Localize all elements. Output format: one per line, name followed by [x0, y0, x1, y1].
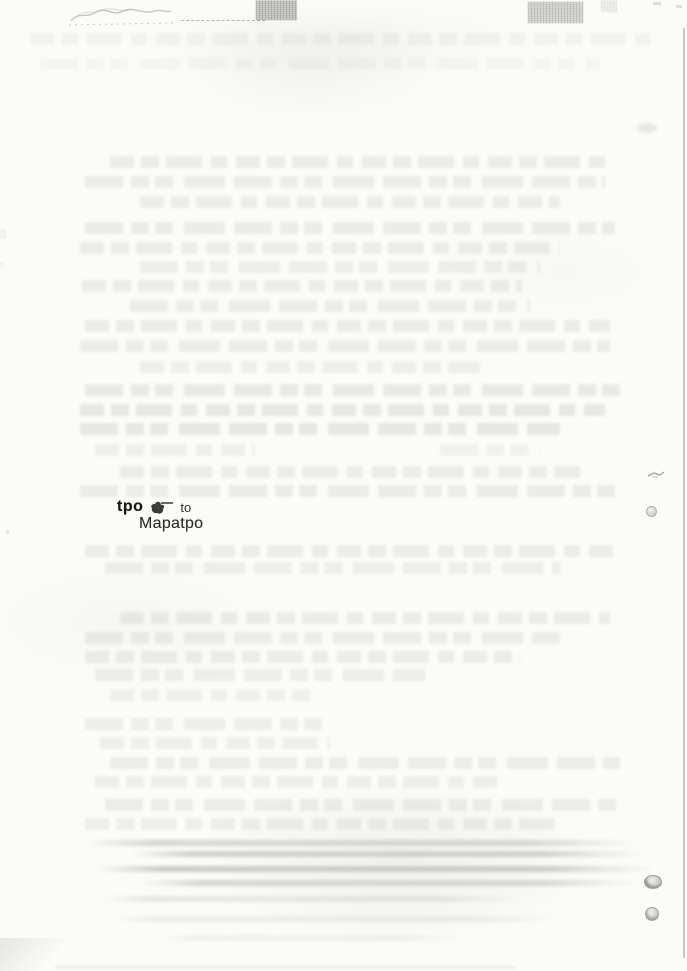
faded-text-line	[140, 361, 480, 373]
faded-text-line	[82, 280, 522, 292]
dashed-pencil-line	[181, 20, 265, 21]
smudged-text-line	[140, 880, 640, 886]
scan-smudge	[528, 2, 583, 23]
faded-text-line	[120, 466, 580, 478]
bottom-edge-shadow	[55, 966, 515, 969]
faded-text-line	[80, 423, 560, 435]
smudged-text-line	[130, 851, 645, 857]
faded-text-line	[110, 689, 310, 701]
faded-text-line	[85, 545, 620, 557]
smudged-text-line	[100, 896, 520, 902]
faded-text-line	[120, 612, 610, 624]
typo-correction-annotation: tpo to Mapatpo	[117, 498, 191, 516]
faded-text-line	[140, 261, 540, 273]
edge-speck	[0, 262, 4, 268]
faded-text-line	[85, 718, 325, 730]
faded-text-line	[80, 485, 620, 497]
scan-smudge	[601, 0, 617, 12]
faded-text-line	[100, 737, 330, 749]
faded-text-line	[95, 669, 425, 681]
smudged-text-line	[110, 916, 560, 922]
faded-text-line	[80, 242, 560, 254]
faded-text-line	[110, 757, 620, 769]
scan-edge-line	[683, 28, 685, 958]
faded-text-line	[85, 818, 560, 830]
faded-text-line	[105, 562, 560, 574]
typo-text: tpo	[117, 498, 143, 516]
faded-text-line	[130, 300, 530, 312]
faded-text-line	[85, 320, 610, 332]
scan-smudge	[256, 0, 297, 20]
edge-smudge	[637, 123, 657, 133]
faded-text-line	[110, 156, 605, 168]
faded-text-line	[30, 33, 660, 45]
faded-text-line	[95, 776, 500, 788]
scanned-document-page: tpo to Mapatpo	[0, 0, 687, 971]
faded-text-line	[105, 799, 620, 811]
faded-text-line	[85, 384, 620, 396]
faded-text-line	[80, 340, 610, 352]
faded-text-line	[85, 222, 615, 234]
typo-row: tpo to	[117, 498, 191, 516]
faded-text-line	[440, 444, 540, 456]
faded-text-line	[80, 404, 605, 416]
edge-speck	[0, 229, 6, 239]
handwriting-scribble	[63, 3, 178, 31]
margin-scribble	[646, 468, 666, 480]
smudged-text-line	[85, 840, 640, 846]
edge-speck	[676, 5, 682, 8]
ink-blot-icon	[147, 497, 177, 517]
margin-dot	[646, 506, 657, 517]
smudged-text-line	[160, 935, 460, 941]
faded-text-line	[85, 176, 605, 188]
connector-text: to	[180, 500, 191, 515]
edge-speck	[6, 530, 9, 534]
edge-speck	[653, 2, 661, 5]
correction-text: Mapatpo	[139, 515, 203, 533]
punch-mark	[644, 875, 662, 889]
faded-text-line	[85, 651, 520, 663]
faded-text-line	[95, 444, 255, 456]
punch-mark	[645, 907, 659, 921]
smudged-text-line	[95, 866, 655, 872]
faded-text-line	[140, 196, 560, 208]
faded-text-line	[85, 632, 560, 644]
faded-text-line	[40, 58, 600, 70]
